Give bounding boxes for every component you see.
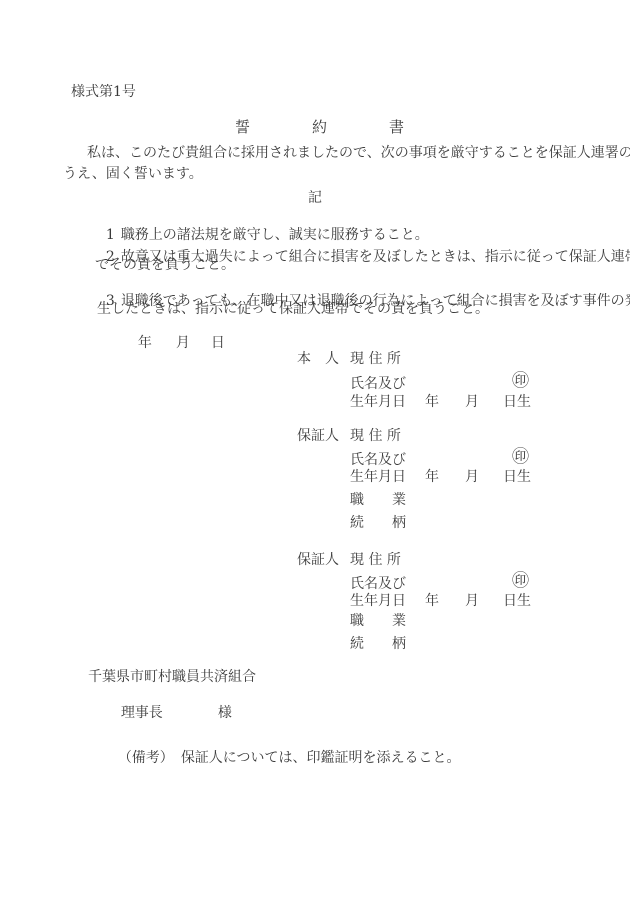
intro-line-1: 私は、このたび貴組合に採用されましたので、次の事項を厳守することを保証人連署の [87, 146, 630, 160]
month-label: 月 [176, 335, 190, 351]
day-label: 日 [211, 335, 225, 351]
section-mark: 記 [0, 191, 630, 205]
occupation-label: 職 業 [350, 493, 406, 507]
occupation-label: 職 業 [350, 614, 406, 628]
birth-day-label: 日生 [503, 395, 531, 409]
note-label: （備考） [118, 750, 174, 766]
role-label: 保証人 [297, 429, 339, 443]
birth-label: 生年月日 [350, 594, 406, 608]
birth-month-label: 月 [465, 594, 479, 608]
role-label: 保証人 [297, 553, 339, 567]
organization-name: 千葉県市町村職員共済組合 [88, 670, 256, 684]
seal-mark-icon: ㊞ [512, 573, 529, 590]
pledge-item-3-cont: 生したときは、指示に従って保証人連帯でその責を負うこと。 [97, 302, 489, 316]
seal-mark-icon: ㊞ [512, 373, 529, 390]
seal-mark-icon: ㊞ [512, 449, 529, 466]
name-label: 氏名及び [350, 577, 406, 591]
form-number: 様式第1号 [71, 85, 136, 99]
birth-month-label: 月 [465, 470, 479, 484]
birth-year-label: 年 [425, 594, 439, 608]
birth-day-label: 日生 [503, 470, 531, 484]
birth-label: 生年月日 [350, 470, 406, 484]
birth-month-label: 月 [465, 395, 479, 409]
title-char-2: 約 [312, 120, 327, 135]
note-text: 保証人については、印鑑証明を添えること。 [181, 750, 461, 766]
pledge-item-2-cont: でその責を負うこと。 [95, 258, 235, 272]
birth-year-label: 年 [425, 395, 439, 409]
role-label: 本 人 [297, 352, 339, 366]
pledge-form-page: 様式第1号 誓 約 書 私は、このたび貴組合に採用されましたので、次の事項を厳守… [0, 0, 630, 915]
honorific-label: 様 [218, 705, 232, 721]
relation-label: 続 柄 [350, 516, 406, 530]
address-label: 現 住 所 [350, 553, 401, 567]
title-char-1: 誓 [235, 120, 250, 135]
name-label: 氏名及び [350, 377, 406, 391]
birth-label: 生年月日 [350, 395, 406, 409]
birth-day-label: 日生 [503, 594, 531, 608]
addressee-line: 理事長様 [103, 692, 232, 734]
document-title: 誓 約 書 [235, 120, 404, 135]
address-label: 現 住 所 [350, 429, 401, 443]
birth-year-label: 年 [425, 470, 439, 484]
year-label: 年 [138, 335, 152, 351]
relation-label: 続 柄 [350, 637, 406, 651]
note-line: （備考）保証人については、印鑑証明を添えること。 [100, 737, 461, 779]
name-label: 氏名及び [350, 453, 406, 467]
address-label: 現 住 所 [350, 352, 401, 366]
intro-line-2: うえ、固く誓います。 [63, 167, 203, 181]
position-label: 理事長 [121, 705, 163, 721]
title-char-3: 書 [389, 120, 404, 135]
